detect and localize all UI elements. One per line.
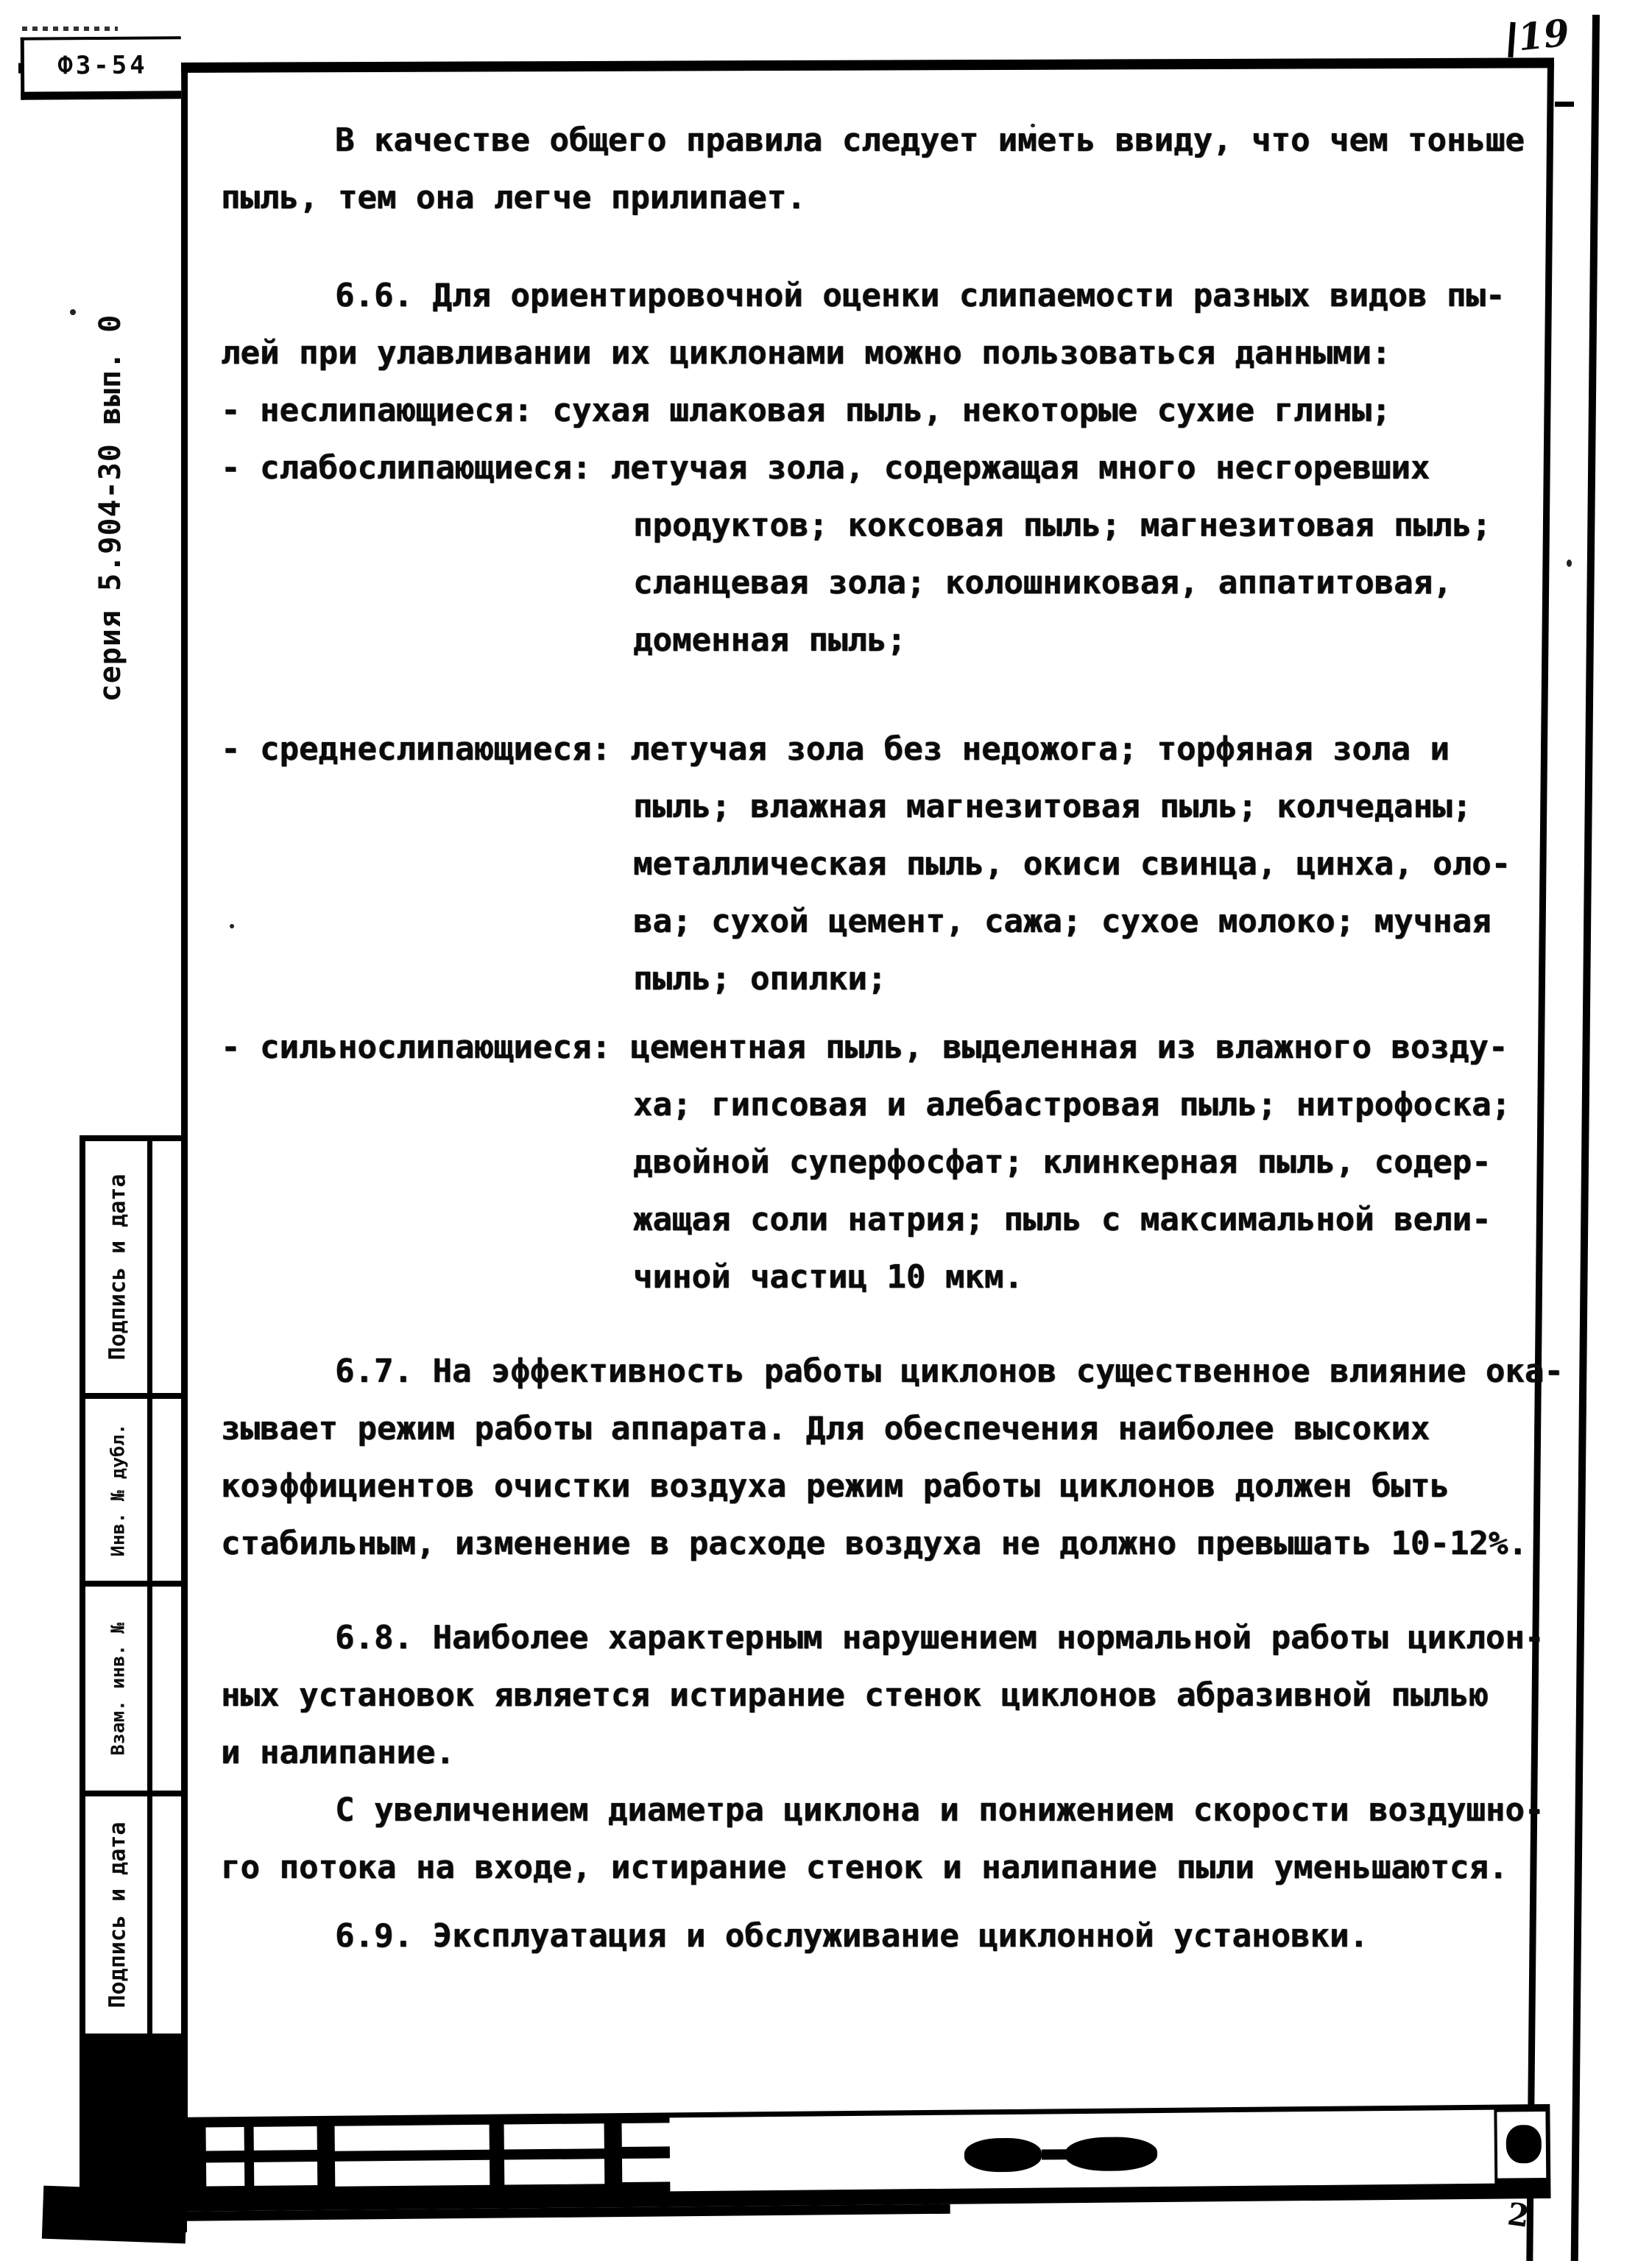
text-line: продуктов; коксовая пыль; магнезитовая п… (0, 497, 1652, 554)
text-line: коэффициентов очистки воздуха режим рабо… (0, 1458, 1652, 1515)
ink-blob (964, 2138, 1042, 2173)
text-line: го потока на входе, истирание стенок и н… (0, 1839, 1652, 1897)
text-line: металлическая пыль, окиси свинца, цинха,… (0, 836, 1652, 893)
text-line: - сильнослипающиеся: цементная пыль, выд… (0, 1019, 1652, 1076)
ink-dash (1042, 2149, 1068, 2159)
scan-speck (1031, 124, 1035, 127)
text-line: ва; сухой цемент, сажа; сухое молоко; му… (0, 893, 1652, 950)
text-line: пыль; опилки; (0, 950, 1652, 1008)
text-line: С увеличением диаметра циклона и понижен… (0, 1782, 1652, 1839)
scan-speckles (22, 27, 118, 31)
title-block-cell (335, 2160, 490, 2187)
text-line: - слабослипающиеся: летучая зола, содерж… (0, 440, 1652, 497)
title-block-cell (335, 2125, 490, 2151)
text-line: сланцевая зола; колошниковая, аппатитова… (0, 554, 1652, 612)
scanned-document-page: Ф3-54 19 серия 5.904-30 вып. 0 Подпись и… (0, 0, 1652, 2261)
ink-blob (1065, 2137, 1157, 2171)
text-line: В качестве общего правила следует иметь … (0, 112, 1652, 169)
text-line: 6.7. На эффективность работы циклонов су… (0, 1343, 1652, 1400)
title-block-cell (504, 2123, 604, 2149)
title-block-cell (206, 2162, 244, 2186)
text-line: 6.9. Эксплуатация и обслуживание циклонн… (0, 1908, 1652, 1965)
text-line: пыль; влажная магнезитовая пыль; колчеда… (0, 778, 1652, 836)
text-line: и налипание. (0, 1724, 1652, 1782)
scan-speck (1567, 560, 1572, 567)
ink-smudge (42, 2186, 187, 2244)
text-line: чиной частиц 10 мкм. (0, 1249, 1652, 1306)
right-frame-tick (1555, 102, 1574, 107)
text-line: двойной суперфосфат; клинкерная пыль, со… (0, 1134, 1652, 1191)
title-block-cell (254, 2126, 317, 2151)
title-block-cell (504, 2159, 604, 2184)
text-line: пыль, тем она легче прилипает. (0, 169, 1652, 227)
top-border-rule (18, 57, 1554, 73)
text-line: зывает режим работы аппарата. Для обеспе… (0, 1400, 1652, 1458)
document-body: В качестве общего правила следует иметь … (0, 112, 1652, 1965)
page-number-tick (1508, 22, 1515, 57)
title-block-cell (206, 2127, 244, 2151)
document-form-stamp: Ф3-54 (21, 36, 182, 100)
text-line: доменная пыль; (0, 612, 1652, 669)
text-line: ха; гипсовая и алебастровая пыль; нитроф… (0, 1076, 1652, 1134)
ink-streak (185, 2204, 950, 2221)
text-line: - неслипающиеся: сухая шлаковая пыль, не… (0, 382, 1652, 440)
text-line: - среднеслипающиеся: летучая зола без не… (0, 721, 1652, 778)
text-line: 6.8. Наиболее характерным нарушением нор… (0, 1609, 1652, 1667)
stamp-label: Ф3-54 (57, 51, 148, 81)
title-block-main-field (669, 2110, 1494, 2192)
page-number: 19 (1516, 11, 1571, 60)
text-line: стабильным, изменение в расходе воздуха … (0, 1515, 1652, 1573)
text-line: ных установок является истирание стенок … (0, 1667, 1652, 1724)
text-line: жащая соли натрия; пыль с максимальной в… (0, 1191, 1652, 1249)
title-block-cell (254, 2162, 317, 2186)
ink-blob (1506, 2125, 1542, 2163)
text-line: 6.6. Для ориентировочной оценки слипаемо… (0, 267, 1652, 325)
text-line: лей при улавливании их циклонами можно п… (0, 325, 1652, 382)
title-block (163, 2104, 1550, 2212)
scan-speck (70, 309, 76, 315)
scan-speck (230, 924, 234, 928)
title-block-corner-field (1497, 2112, 1546, 2179)
